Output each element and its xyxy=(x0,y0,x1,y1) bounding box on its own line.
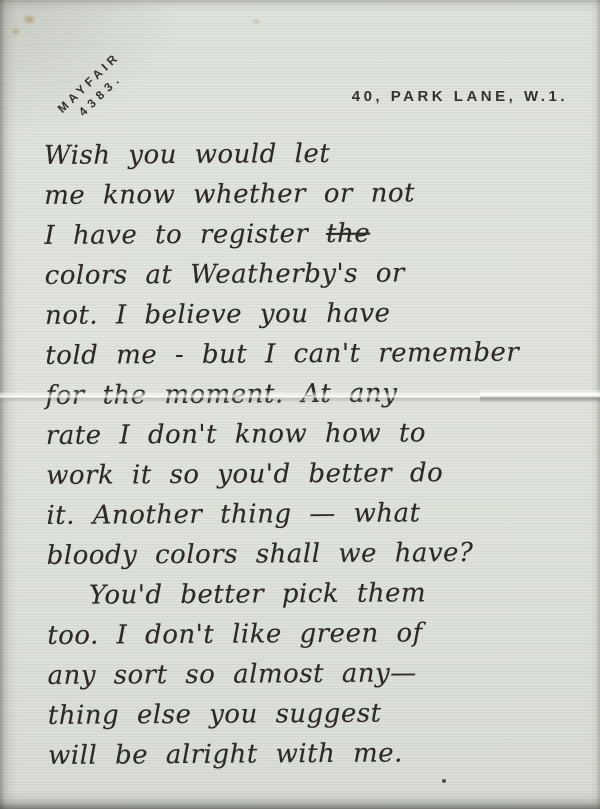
handwritten-line: I have to register the xyxy=(44,212,592,256)
handwritten-text: not. I believe you have xyxy=(45,299,391,331)
handwritten-line: rate I don't know how to xyxy=(46,412,594,456)
stray-ink-dot xyxy=(442,779,446,783)
struck-through-word: the xyxy=(326,219,370,249)
handwritten-text: bloody colors shall we have? xyxy=(47,538,474,571)
handwritten-line: any sort so almost any— xyxy=(47,652,595,696)
handwritten-text: too. I don't like green of xyxy=(47,618,423,651)
letter-scan: MAYFAIR 4383. 40, PARK LANE, W.1. Wish y… xyxy=(0,0,600,809)
handwritten-text: colors at Weatherby's or xyxy=(45,258,405,291)
handwritten-text: Wish you would let xyxy=(44,139,331,171)
handwritten-line: told me - but I can't remember xyxy=(45,332,593,376)
handwritten-line: will be alright with me. xyxy=(48,732,596,776)
fold-crease-right-edge xyxy=(480,389,600,403)
handwritten-text: thing else you suggest xyxy=(48,699,382,731)
letter-body: Wish you would letme know whether or not… xyxy=(44,132,596,776)
handwritten-line: work it so you'd better do xyxy=(46,452,594,496)
handwritten-line: it. Another thing — what xyxy=(46,492,594,536)
handwritten-text: will be alright with me. xyxy=(48,738,403,770)
handwritten-line: me know whether or not xyxy=(44,172,592,216)
handwritten-line: too. I don't like green of xyxy=(47,612,595,656)
handwritten-line: bloody colors shall we have? xyxy=(47,532,595,576)
letterhead-address: 40, PARK LANE, W.1. xyxy=(352,88,568,105)
handwritten-text: You'd better pick them xyxy=(89,578,426,610)
handwritten-text: told me - but I can't remember xyxy=(45,338,519,371)
handwritten-text: rate I don't know how to xyxy=(46,418,426,451)
handwritten-text: me know whether or not xyxy=(44,178,415,211)
handwritten-line: not. I believe you have xyxy=(45,292,593,336)
handwritten-text: work it so you'd better do xyxy=(46,458,443,491)
handwritten-line: thing else you suggest xyxy=(48,692,596,736)
handwritten-text: I have to register xyxy=(44,219,326,251)
handwritten-text: any sort so almost any— xyxy=(47,658,416,691)
handwritten-line: Wish you would let xyxy=(44,132,592,176)
handwritten-text: it. Another thing — what xyxy=(46,498,420,531)
handwritten-line: colors at Weatherby's or xyxy=(45,252,593,296)
handwritten-line: You'd better pick them xyxy=(47,572,595,616)
